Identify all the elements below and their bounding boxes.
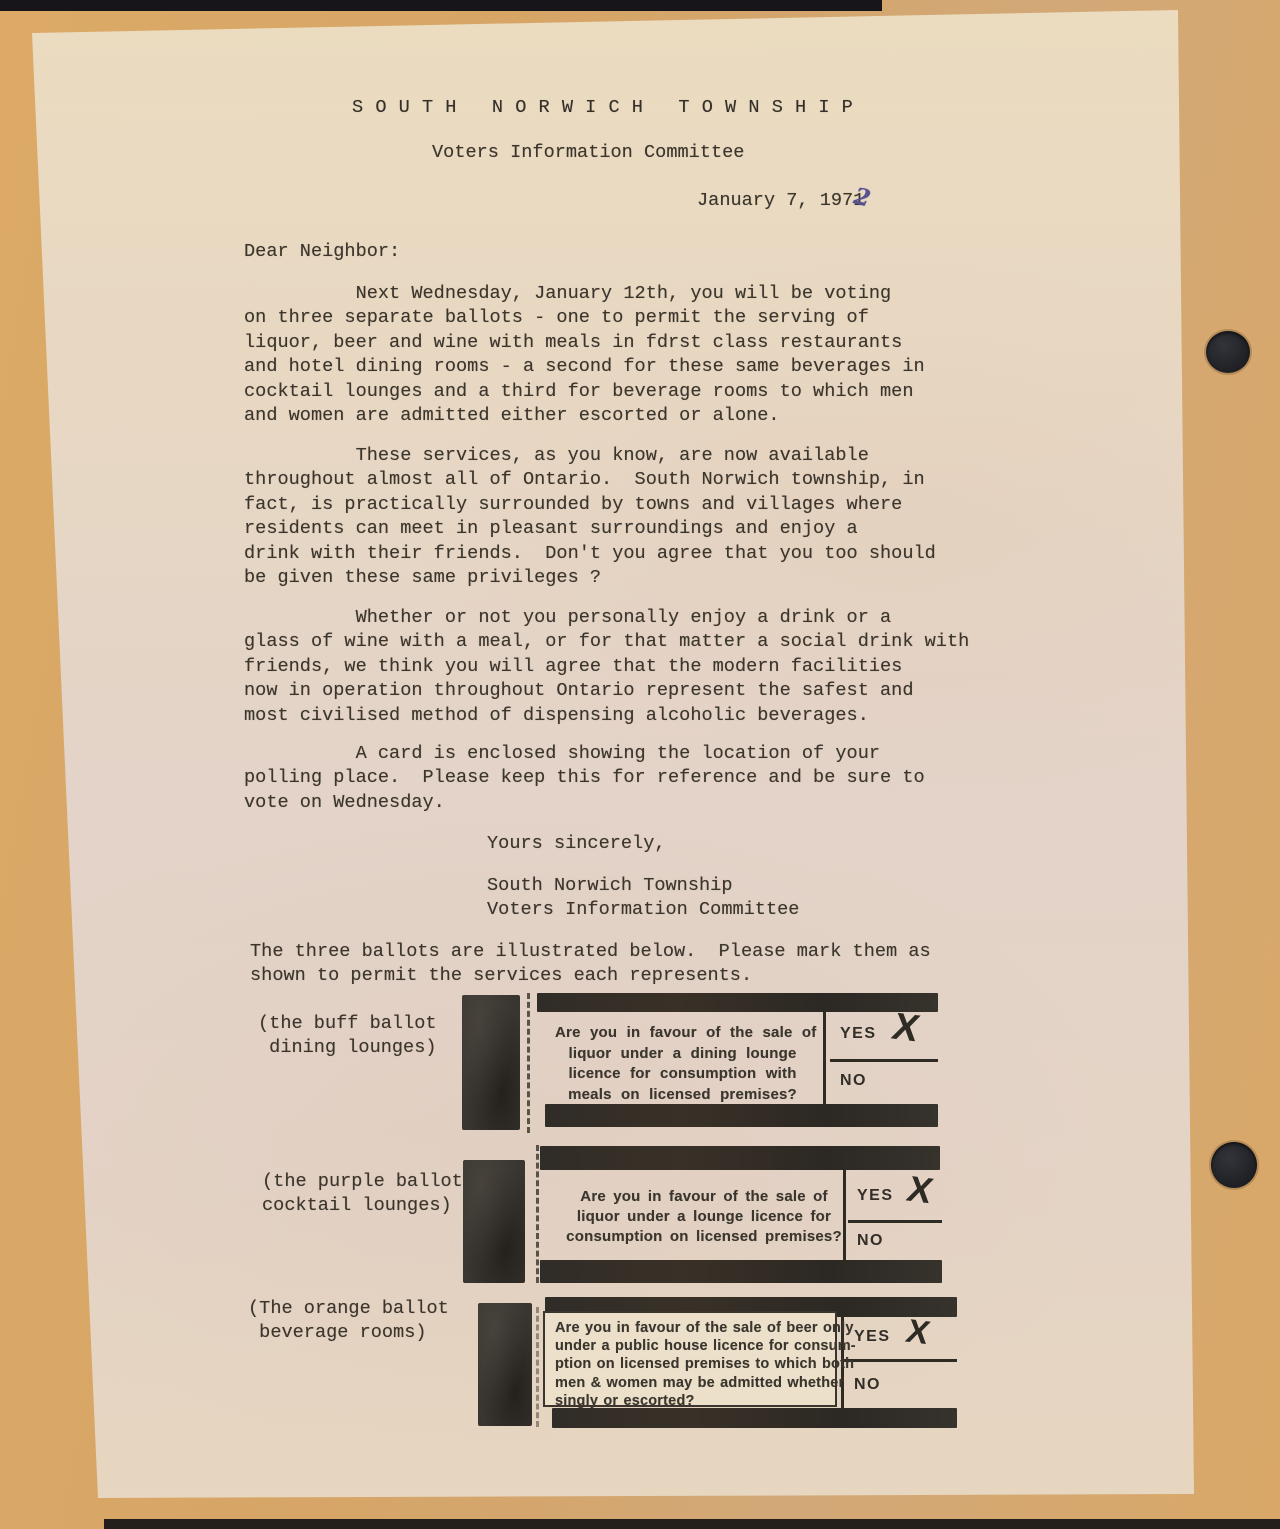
no-label: NO bbox=[840, 1072, 867, 1090]
ballot-bottom-bar bbox=[545, 1104, 938, 1127]
ballot-3-label: (The orange ballot beverage rooms) bbox=[248, 1297, 449, 1346]
ballots-intro: The three ballots are illustrated below.… bbox=[250, 940, 931, 989]
ballot-question: Are you in favour of the sale of beer on… bbox=[555, 1319, 835, 1410]
signature-block: South Norwich TownshipVoters Information… bbox=[487, 874, 799, 923]
date-typed: January 7, 197 bbox=[697, 190, 853, 211]
ballot-question: Are you in favour of the sale ofliquor u… bbox=[560, 1187, 848, 1247]
letter-title: S O U T H N O R W I C H T O W N S H I P bbox=[352, 96, 853, 120]
date-overwritten-digit: 12 bbox=[853, 189, 864, 213]
x-mark: X bbox=[903, 1168, 937, 1212]
ballot-counterfoil-stub bbox=[462, 995, 520, 1130]
ballot-bottom-bar bbox=[552, 1408, 957, 1428]
ballot-top-bar bbox=[540, 1146, 940, 1170]
ballot-dining-lounges: Are you in favour of the sale ofliquor u… bbox=[455, 993, 940, 1133]
x-mark: X bbox=[902, 1312, 933, 1352]
yes-no-rule bbox=[830, 1059, 938, 1062]
perforation-line bbox=[536, 1145, 539, 1283]
ballot-question: Are you in favour of the sale ofliquor u… bbox=[555, 1023, 810, 1105]
yes-label: YES bbox=[854, 1328, 891, 1346]
ballot-question-box: Are you in favour of the sale of beer on… bbox=[543, 1311, 837, 1407]
ballot-cocktail-lounges: Are you in favour of the sale ofliquor u… bbox=[450, 1143, 942, 1285]
yes-no-divider bbox=[823, 1012, 826, 1104]
yes-no-rule bbox=[848, 1220, 942, 1223]
yes-label: YES bbox=[857, 1187, 894, 1205]
ballot-2-label: (the purple ballotcocktail lounges) bbox=[262, 1170, 463, 1219]
punch-hole-top bbox=[1206, 331, 1250, 373]
punch-hole-bottom bbox=[1211, 1142, 1257, 1188]
salutation: Dear Neighbor: bbox=[244, 240, 400, 264]
ballot-counterfoil-stub bbox=[478, 1303, 532, 1426]
perforation-line bbox=[527, 993, 530, 1133]
yes-no-divider bbox=[843, 1170, 846, 1260]
yes-no-rule bbox=[844, 1359, 957, 1362]
letter-date: January 7, 19712 bbox=[697, 189, 864, 213]
scrapbook-page: S O U T H N O R W I C H T O W N S H I P … bbox=[0, 0, 1280, 1529]
handwritten-ink-correction: 2 bbox=[852, 184, 873, 212]
paragraph-3: Whether or not you personally enjoy a dr… bbox=[244, 606, 969, 728]
paragraph-4: A card is enclosed showing the location … bbox=[244, 742, 925, 815]
paragraph-1: Next Wednesday, January 12th, you will b… bbox=[244, 282, 925, 428]
no-label: NO bbox=[854, 1376, 881, 1394]
x-mark: X bbox=[888, 1006, 924, 1051]
yes-label: YES bbox=[840, 1025, 877, 1043]
ballot-1-label: (the buff ballot dining lounges) bbox=[258, 1012, 437, 1061]
paragraph-2: These services, as you know, are now ava… bbox=[244, 444, 936, 590]
ballot-counterfoil-stub bbox=[463, 1160, 525, 1283]
closing: Yours sincerely, bbox=[487, 832, 666, 856]
ballot-top-bar bbox=[537, 993, 938, 1012]
ballot-beverage-rooms: Are you in favour of the sale of beer on… bbox=[470, 1295, 957, 1435]
perforation-line bbox=[536, 1307, 539, 1427]
letter-subtitle: Voters Information Committee bbox=[432, 141, 744, 165]
ballot-bottom-bar bbox=[540, 1260, 942, 1283]
no-label: NO bbox=[857, 1232, 884, 1250]
